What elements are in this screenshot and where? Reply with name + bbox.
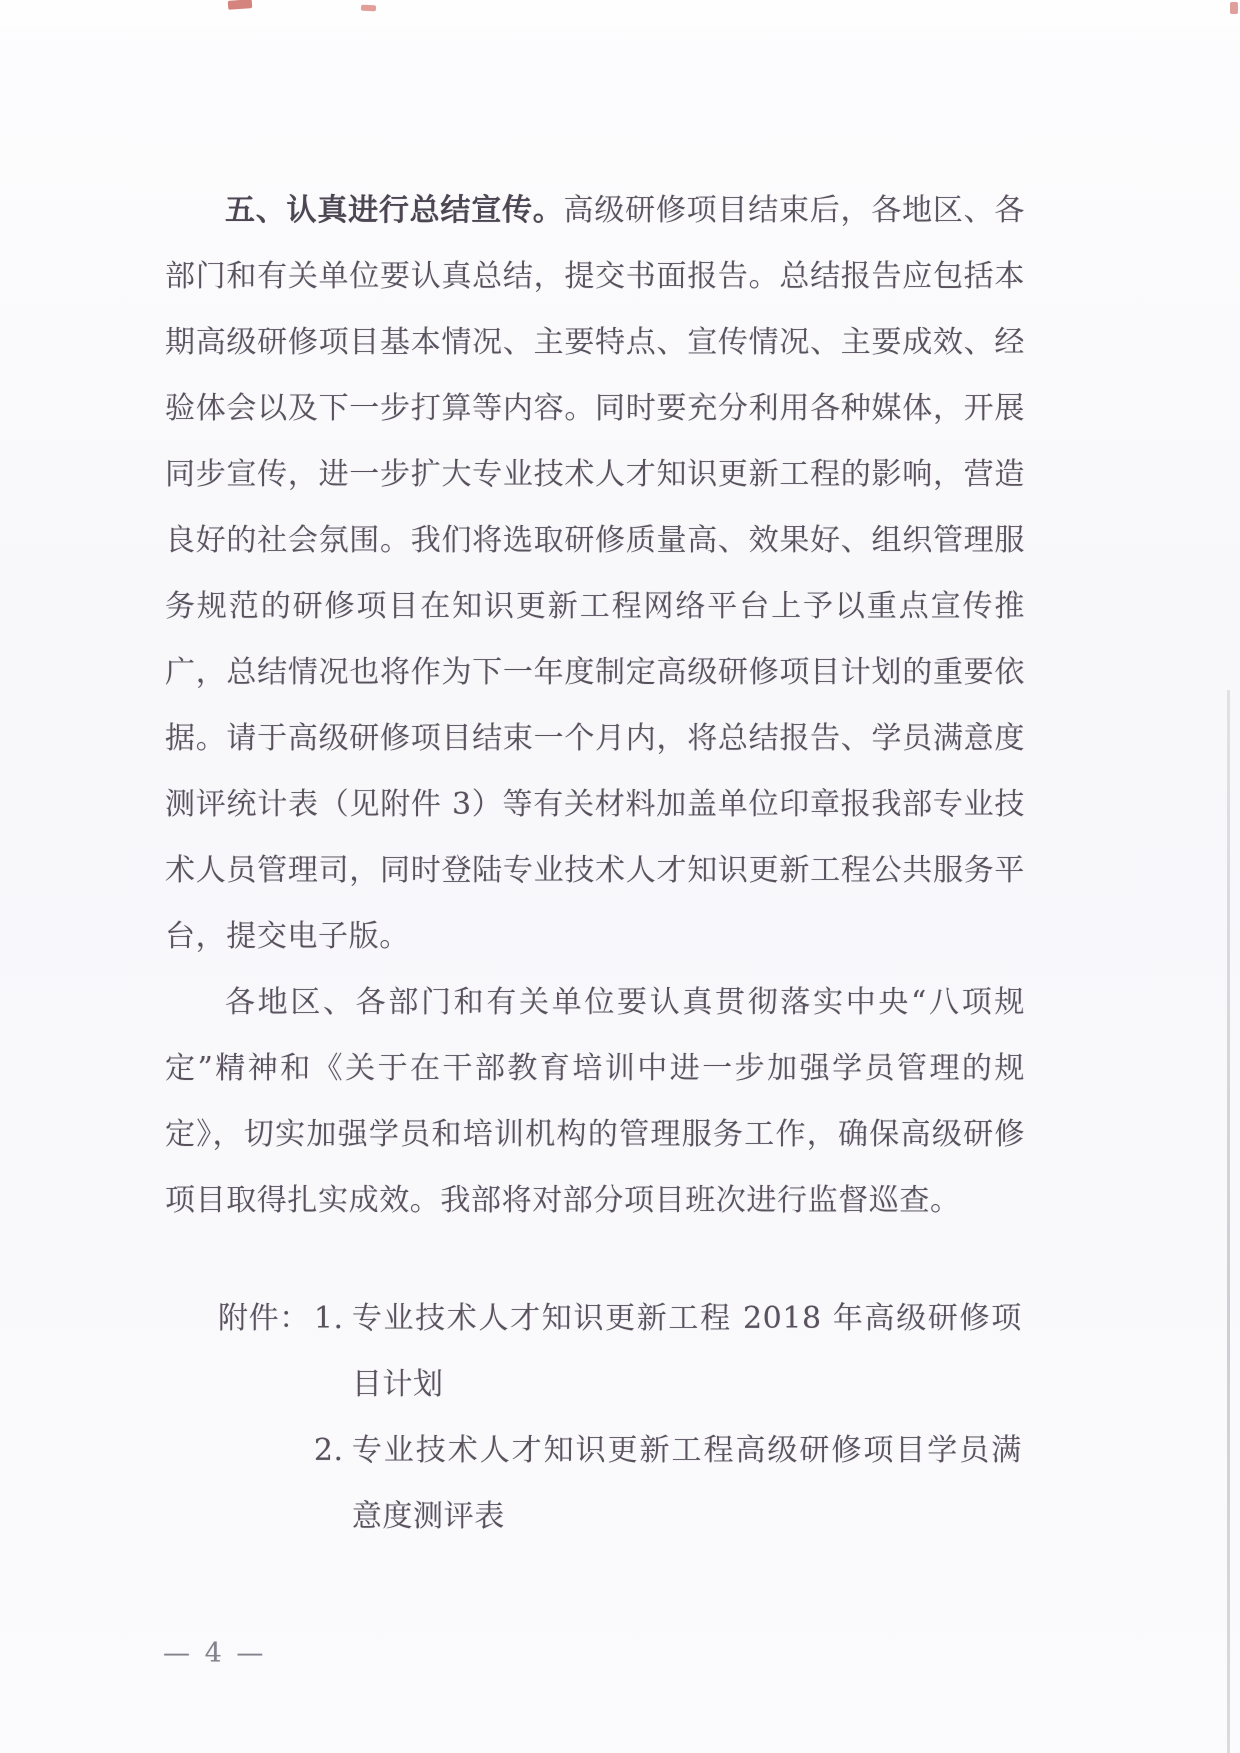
paragraph-text: 高级研修项目结束后，各地区、各部门和有关单位要认真总结，提交书面报告。总结报告应… — [165, 193, 1025, 954]
scan-red-mark-artifact — [1230, 2, 1238, 14]
paragraph-summary-publicity: 五、认真进行总结宣传。高级研修项目结束后，各地区、各部门和有关单位要认真总结，提… — [165, 178, 1025, 970]
page-edge-shadow — [1227, 690, 1230, 1753]
attachment-item: 1. 专业技术人才知识更新工程 2018 年高级研修项目计划 — [314, 1286, 1022, 1418]
attachments-list: 附件： 1. 专业技术人才知识更新工程 2018 年高级研修项目计划 2. 专业… — [218, 1286, 1022, 1550]
attachment-number: 1. — [314, 1286, 352, 1352]
page-number: — 4 — — [163, 1638, 266, 1669]
document-body: 五、认真进行总结宣传。高级研修项目结束后，各地区、各部门和有关单位要认真总结，提… — [165, 178, 1025, 1234]
attachment-item: 2. 专业技术人才知识更新工程高级研修项目学员满意度测评表 — [314, 1418, 1022, 1550]
paragraph-text: 各地区、各部门和有关单位要认真贯彻落实中央“八项规定”精神和《关于在干部教育培训… — [165, 985, 1025, 1218]
scan-red-mark-artifact — [228, 0, 253, 10]
paragraph-discipline-requirements: 各地区、各部门和有关单位要认真贯彻落实中央“八项规定”精神和《关于在干部教育培训… — [165, 970, 1025, 1234]
scan-top-margin — [0, 0, 1240, 26]
document-page: 五、认真进行总结宣传。高级研修项目结束后，各地区、各部门和有关单位要认真总结，提… — [0, 0, 1240, 1753]
section-heading-inline: 五、认真进行总结宣传。 — [225, 193, 564, 228]
attachments-label: 附件： — [218, 1286, 310, 1352]
attachments-items: 1. 专业技术人才知识更新工程 2018 年高级研修项目计划 2. 专业技术人才… — [314, 1286, 1022, 1550]
attachment-title: 专业技术人才知识更新工程 2018 年高级研修项目计划 — [352, 1286, 1022, 1418]
scan-red-mark-artifact — [361, 5, 376, 12]
attachment-title: 专业技术人才知识更新工程高级研修项目学员满意度测评表 — [352, 1418, 1022, 1550]
attachment-number: 2. — [314, 1418, 352, 1484]
